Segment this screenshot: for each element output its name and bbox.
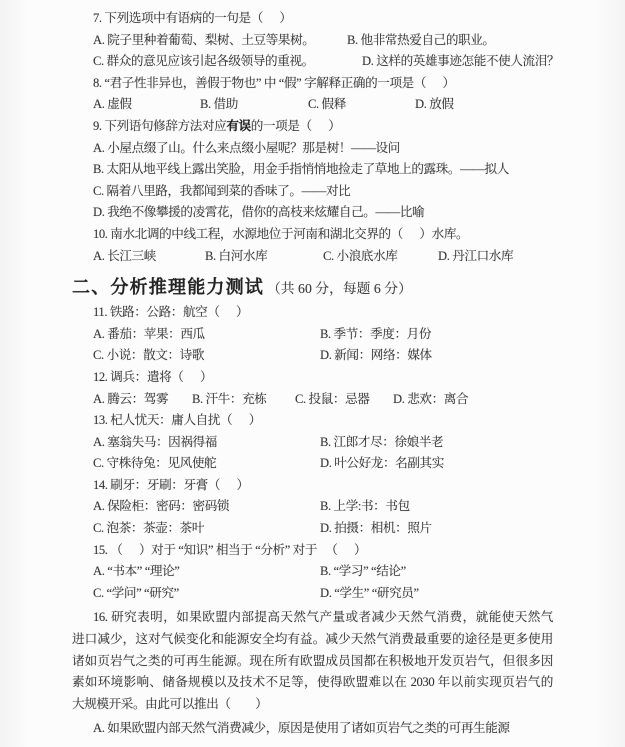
stem-text: 9. 下列语句修辞方法对应 (93, 119, 226, 133)
stem-text: 的一项是（ ） (251, 119, 341, 133)
option-b: B. 季节：季度：月份 (320, 324, 431, 346)
option-a: A. “书本” “理论” (93, 561, 320, 583)
option-d: D. 拍摄：相机：照片 (320, 518, 432, 540)
question-14-options-ab: A. 保险柜：密码：密码锁 B. 上学:书：书包 (72, 496, 553, 518)
question-11-stem: 11. 铁路：公路：航空（ ） (72, 302, 553, 324)
option-b: B. 白河水库 (205, 246, 323, 268)
option-c: C. 小说：散文：诗歌 (93, 345, 320, 367)
option-c: C. 假释 (308, 94, 415, 116)
section-title: 二、分析推理能力测试 (72, 277, 264, 297)
option-c: C. 泡茶：茶壶：茶叶 (93, 518, 320, 540)
option-b: B. 江郎才尽：徐娘半老 (320, 432, 443, 454)
option-a: A. 如果欧盟内部天然气消费减少，原因是使用了诸如页岩气之类的可再生能源 (72, 718, 553, 740)
question-9-stem: 9. 下列语句修辞方法对应有误的一项是（ ） (72, 116, 553, 138)
question-12: 12. 调兵：遣将（ ） A. 腾云：驾雾 B. 汗牛：充栋 C. 投鼠：忌器 … (72, 367, 553, 410)
option-a: A. 腾云：驾雾 (93, 389, 192, 411)
option-d: D. 丹江口水库 (438, 246, 513, 268)
question-10: 10. 南水北调的中线工程，水源地位于河南和湖北交界的（ ）水库。 A. 长江三… (72, 224, 553, 267)
question-7-options-ab: A. 院子里种着葡萄、梨树、土豆等果树。 B. 他非常热爱自己的职业。 (72, 30, 553, 52)
exam-page: 7. 下列选项中有语病的一句是（ ） A. 院子里种着葡萄、梨树、土豆等果树。 … (0, 0, 625, 747)
question-12-options: A. 腾云：驾雾 B. 汗牛：充栋 C. 投鼠：忌器 D. 悲欢：离合 (72, 389, 553, 411)
option-a: A. 长江三峡 (93, 246, 205, 268)
question-16-stem-line-1: 16. 研究表明，如果欧盟内部提高天然气产量或者减少天然气消费，就能使天然气 (72, 607, 553, 629)
question-8-options: A. 虚假 B. 借助 C. 假释 D. 放假 (72, 94, 553, 116)
question-8-stem: 8. “君子性非异也，善假于物也” 中 “假” 字解释正确的一项是（ ） (72, 73, 553, 95)
section-score-note: （共 60 分，每题 6 分） (267, 281, 412, 296)
option-a: A. 小屋点缀了山。什么来点缀小屋呢？那是树！——设问 (72, 138, 553, 160)
question-12-stem: 12. 调兵：遣将（ ） (72, 367, 553, 389)
question-16-stem-line-5: 大规模开采。由此可以推出（ ） (72, 694, 553, 716)
question-7-stem: 7. 下列选项中有语病的一句是（ ） (72, 8, 553, 30)
question-11-options-cd: C. 小说：散文：诗歌 D. 新闻：网络：媒体 (72, 345, 553, 367)
option-d: D. 叶公好龙：名副其实 (320, 453, 444, 475)
question-11-options-ab: A. 番茄：苹果：西瓜 B. 季节：季度：月份 (72, 324, 553, 346)
question-8: 8. “君子性非异也，善假于物也” 中 “假” 字解释正确的一项是（ ） A. … (72, 73, 553, 116)
option-b: B. 借助 (200, 94, 308, 116)
option-b: B. 太阳从地平线上露出笑脸，用金手指悄悄地捡走了草地上的露珠。——拟人 (72, 159, 553, 181)
option-c: C. 群众的意见应该引起各级领导的重视。 (93, 51, 362, 73)
option-d: D. 悲欢：离合 (393, 389, 468, 411)
question-9: 9. 下列语句修辞方法对应有误的一项是（ ） A. 小屋点缀了山。什么来点缀小屋… (72, 116, 553, 224)
option-d: D. 新闻：网络：媒体 (320, 345, 432, 367)
question-16: 16. 研究表明，如果欧盟内部提高天然气产量或者减少天然气消费，就能使天然气 进… (72, 607, 553, 740)
option-c: C. 隔着八里路，我都闻到菜的香味了。——对比 (72, 181, 553, 203)
question-14-options-cd: C. 泡茶：茶壶：茶叶 D. 拍摄：相机：照片 (72, 518, 553, 540)
question-11: 11. 铁路：公路：航空（ ） A. 番茄：苹果：西瓜 B. 季节：季度：月份 … (72, 302, 553, 367)
option-c: C. 投鼠：忌器 (295, 389, 393, 411)
option-c: C. 守株待兔：见风使舵 (93, 453, 320, 475)
question-15-options-ab: A. “书本” “理论” B. “学习” “结论” (72, 561, 553, 583)
option-b: B. 汗牛：充栋 (192, 389, 295, 411)
question-15: 15. （ ）对于 “知识” 相当于 “分析” 对于 （ ） A. “书本” “… (72, 540, 553, 605)
option-d: D. 这样的英雄事迹怎能不使人流泪？ (362, 51, 559, 73)
option-d: D. “学生” “研究员” (320, 583, 419, 605)
question-10-options: A. 长江三峡 B. 白河水库 C. 小浪底水库 D. 丹江口水库 (72, 246, 553, 268)
question-13-stem: 13. 杞人忧天：庸人自扰（ ） (72, 410, 553, 432)
question-10-stem: 10. 南水北调的中线工程，水源地位于河南和湖北交界的（ ）水库。 (72, 224, 553, 246)
question-16-stem-line-2: 进口减少，这对气候变化和能源安全均有益。减少天然气消费最重要的途径是更多使用 (72, 629, 553, 651)
option-a: A. 塞翁失马：因祸得福 (93, 432, 320, 454)
question-14: 14. 刷牙：牙刷：牙膏（ ） A. 保险柜：密码：密码锁 B. 上学:书：书包… (72, 475, 553, 540)
option-b: B. 他非常热爱自己的职业。 (347, 30, 495, 52)
question-13: 13. 杞人忧天：庸人自扰（ ） A. 塞翁失马：因祸得福 B. 江郎才尽：徐娘… (72, 410, 553, 475)
option-b: B. “学习” “结论” (320, 561, 406, 583)
question-16-stem-line-3: 诸如页岩气之类的可再生能源。现在所有欧盟成员国都在积极地开发页岩气，但很多因 (72, 651, 553, 673)
question-7: 7. 下列选项中有语病的一句是（ ） A. 院子里种着葡萄、梨树、土豆等果树。 … (72, 8, 553, 73)
section-2-heading: 二、分析推理能力测试（共 60 分，每题 6 分） (72, 274, 553, 302)
question-14-stem: 14. 刷牙：牙刷：牙膏（ ） (72, 475, 553, 497)
question-7-options-cd: C. 群众的意见应该引起各级领导的重视。 D. 这样的英雄事迹怎能不使人流泪？ (72, 51, 553, 73)
question-13-options-cd: C. 守株待兔：见风使舵 D. 叶公好龙：名副其实 (72, 453, 553, 475)
question-13-options-ab: A. 塞翁失马：因祸得福 B. 江郎才尽：徐娘半老 (72, 432, 553, 454)
option-a: A. 保险柜：密码：密码锁 (93, 496, 320, 518)
option-c: C. “学问” “研究” (93, 583, 320, 605)
option-a: A. 院子里种着葡萄、梨树、土豆等果树。 (93, 30, 347, 52)
option-b: B. 上学:书：书包 (320, 496, 410, 518)
option-a: A. 番茄：苹果：西瓜 (93, 324, 320, 346)
exam-content: 7. 下列选项中有语病的一句是（ ） A. 院子里种着葡萄、梨树、土豆等果树。 … (0, 0, 625, 740)
question-15-stem: 15. （ ）对于 “知识” 相当于 “分析” 对于 （ ） (72, 540, 553, 562)
stem-bold-text: 有误 (226, 119, 250, 133)
question-15-options-cd: C. “学问” “研究” D. “学生” “研究员” (72, 583, 553, 605)
option-c: C. 小浪底水库 (323, 246, 438, 268)
option-a: A. 虚假 (93, 94, 200, 116)
option-d: D. 我绝不像攀援的凌霄花，借你的高枝来炫耀自己。——比喻 (72, 202, 553, 224)
question-16-stem-line-4: 素如环境影响、储备规模以及技术不足等，使得欧盟难以在 2030 年以前实现页岩气… (72, 672, 553, 694)
option-d: D. 放假 (415, 94, 454, 116)
